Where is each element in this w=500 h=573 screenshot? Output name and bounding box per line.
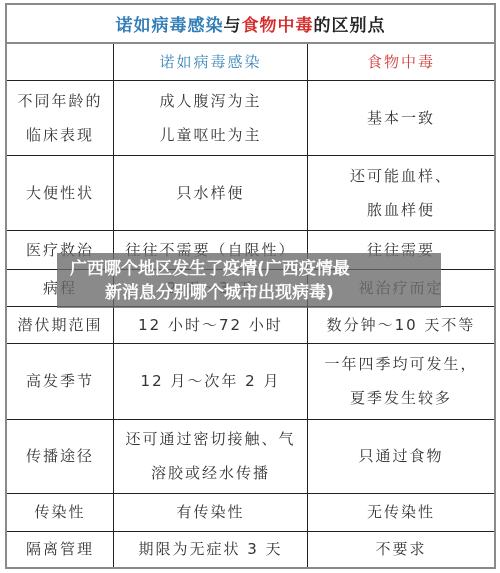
header-blank bbox=[7, 44, 114, 80]
header-row: 诺如病毒感染 食物中毒 bbox=[7, 44, 494, 81]
headline-line-1: 广西哪个地区发生了疫情(广西疫情最 bbox=[57, 257, 441, 281]
title-food-poisoning: 食物中毒 bbox=[242, 11, 314, 36]
table-row: 潜伏期范围 12 小时～72 小时 数分钟～10 天不等 bbox=[7, 307, 494, 344]
food-poisoning-cell: 基本一致 bbox=[308, 81, 494, 155]
table-row: 隔离管理 期限为无症状 3 天 不要求 bbox=[7, 532, 494, 567]
row-label: 高发季节 bbox=[7, 344, 114, 419]
headline-overlay: 广西哪个地区发生了疫情(广西疫情最 新消息分别哪个城市出现病毒) bbox=[57, 253, 441, 308]
headline-line-2: 新消息分别哪个城市出现病毒) bbox=[57, 281, 441, 305]
table-row: 传播途径 还可通过密切接触、气 溶胶或经水传播 只通过食物 bbox=[7, 420, 494, 494]
title-and: 与 bbox=[224, 11, 242, 36]
food-poisoning-cell: 只通过食物 bbox=[308, 420, 494, 493]
table-row: 不同年龄的 临床表现 成人腹泻为主 儿童呕吐为主 基本一致 bbox=[7, 81, 494, 156]
row-label: 不同年龄的 临床表现 bbox=[7, 81, 114, 155]
table-title: 诺如病毒感染 与 食物中毒 的区别点 bbox=[7, 5, 494, 44]
table-row: 传染性 有传染性 无传染性 bbox=[7, 494, 494, 532]
norovirus-cell: 12 月～次年 2 月 bbox=[114, 344, 308, 419]
title-suffix: 的区别点 bbox=[314, 11, 386, 36]
food-poisoning-cell: 一年四季均可发生， 夏季发生较多 bbox=[308, 344, 494, 419]
table-row: 高发季节 12 月～次年 2 月 一年四季均可发生， 夏季发生较多 bbox=[7, 344, 494, 420]
row-label: 大便性状 bbox=[7, 156, 114, 230]
row-label: 隔离管理 bbox=[7, 532, 114, 567]
food-poisoning-cell: 不要求 bbox=[308, 532, 494, 567]
row-label: 传播途径 bbox=[7, 420, 114, 493]
norovirus-cell: 有传染性 bbox=[114, 494, 308, 531]
title-norovirus: 诺如病毒感染 bbox=[116, 11, 224, 36]
food-poisoning-cell: 还可能血样、 脓血样便 bbox=[308, 156, 494, 230]
norovirus-cell: 12 小时～72 小时 bbox=[114, 307, 308, 343]
norovirus-cell: 成人腹泻为主 儿童呕吐为主 bbox=[114, 81, 308, 155]
food-poisoning-cell: 无传染性 bbox=[308, 494, 494, 531]
norovirus-cell: 还可通过密切接触、气 溶胶或经水传播 bbox=[114, 420, 308, 493]
norovirus-cell: 期限为无症状 3 天 bbox=[114, 532, 308, 567]
food-poisoning-cell: 数分钟～10 天不等 bbox=[308, 307, 494, 343]
norovirus-cell: 只水样便 bbox=[114, 156, 308, 230]
row-label: 传染性 bbox=[7, 494, 114, 531]
row-label: 潜伏期范围 bbox=[7, 307, 114, 343]
table-row: 大便性状 只水样便 还可能血样、 脓血样便 bbox=[7, 156, 494, 231]
header-norovirus: 诺如病毒感染 bbox=[114, 44, 308, 80]
header-food-poisoning: 食物中毒 bbox=[308, 44, 494, 80]
